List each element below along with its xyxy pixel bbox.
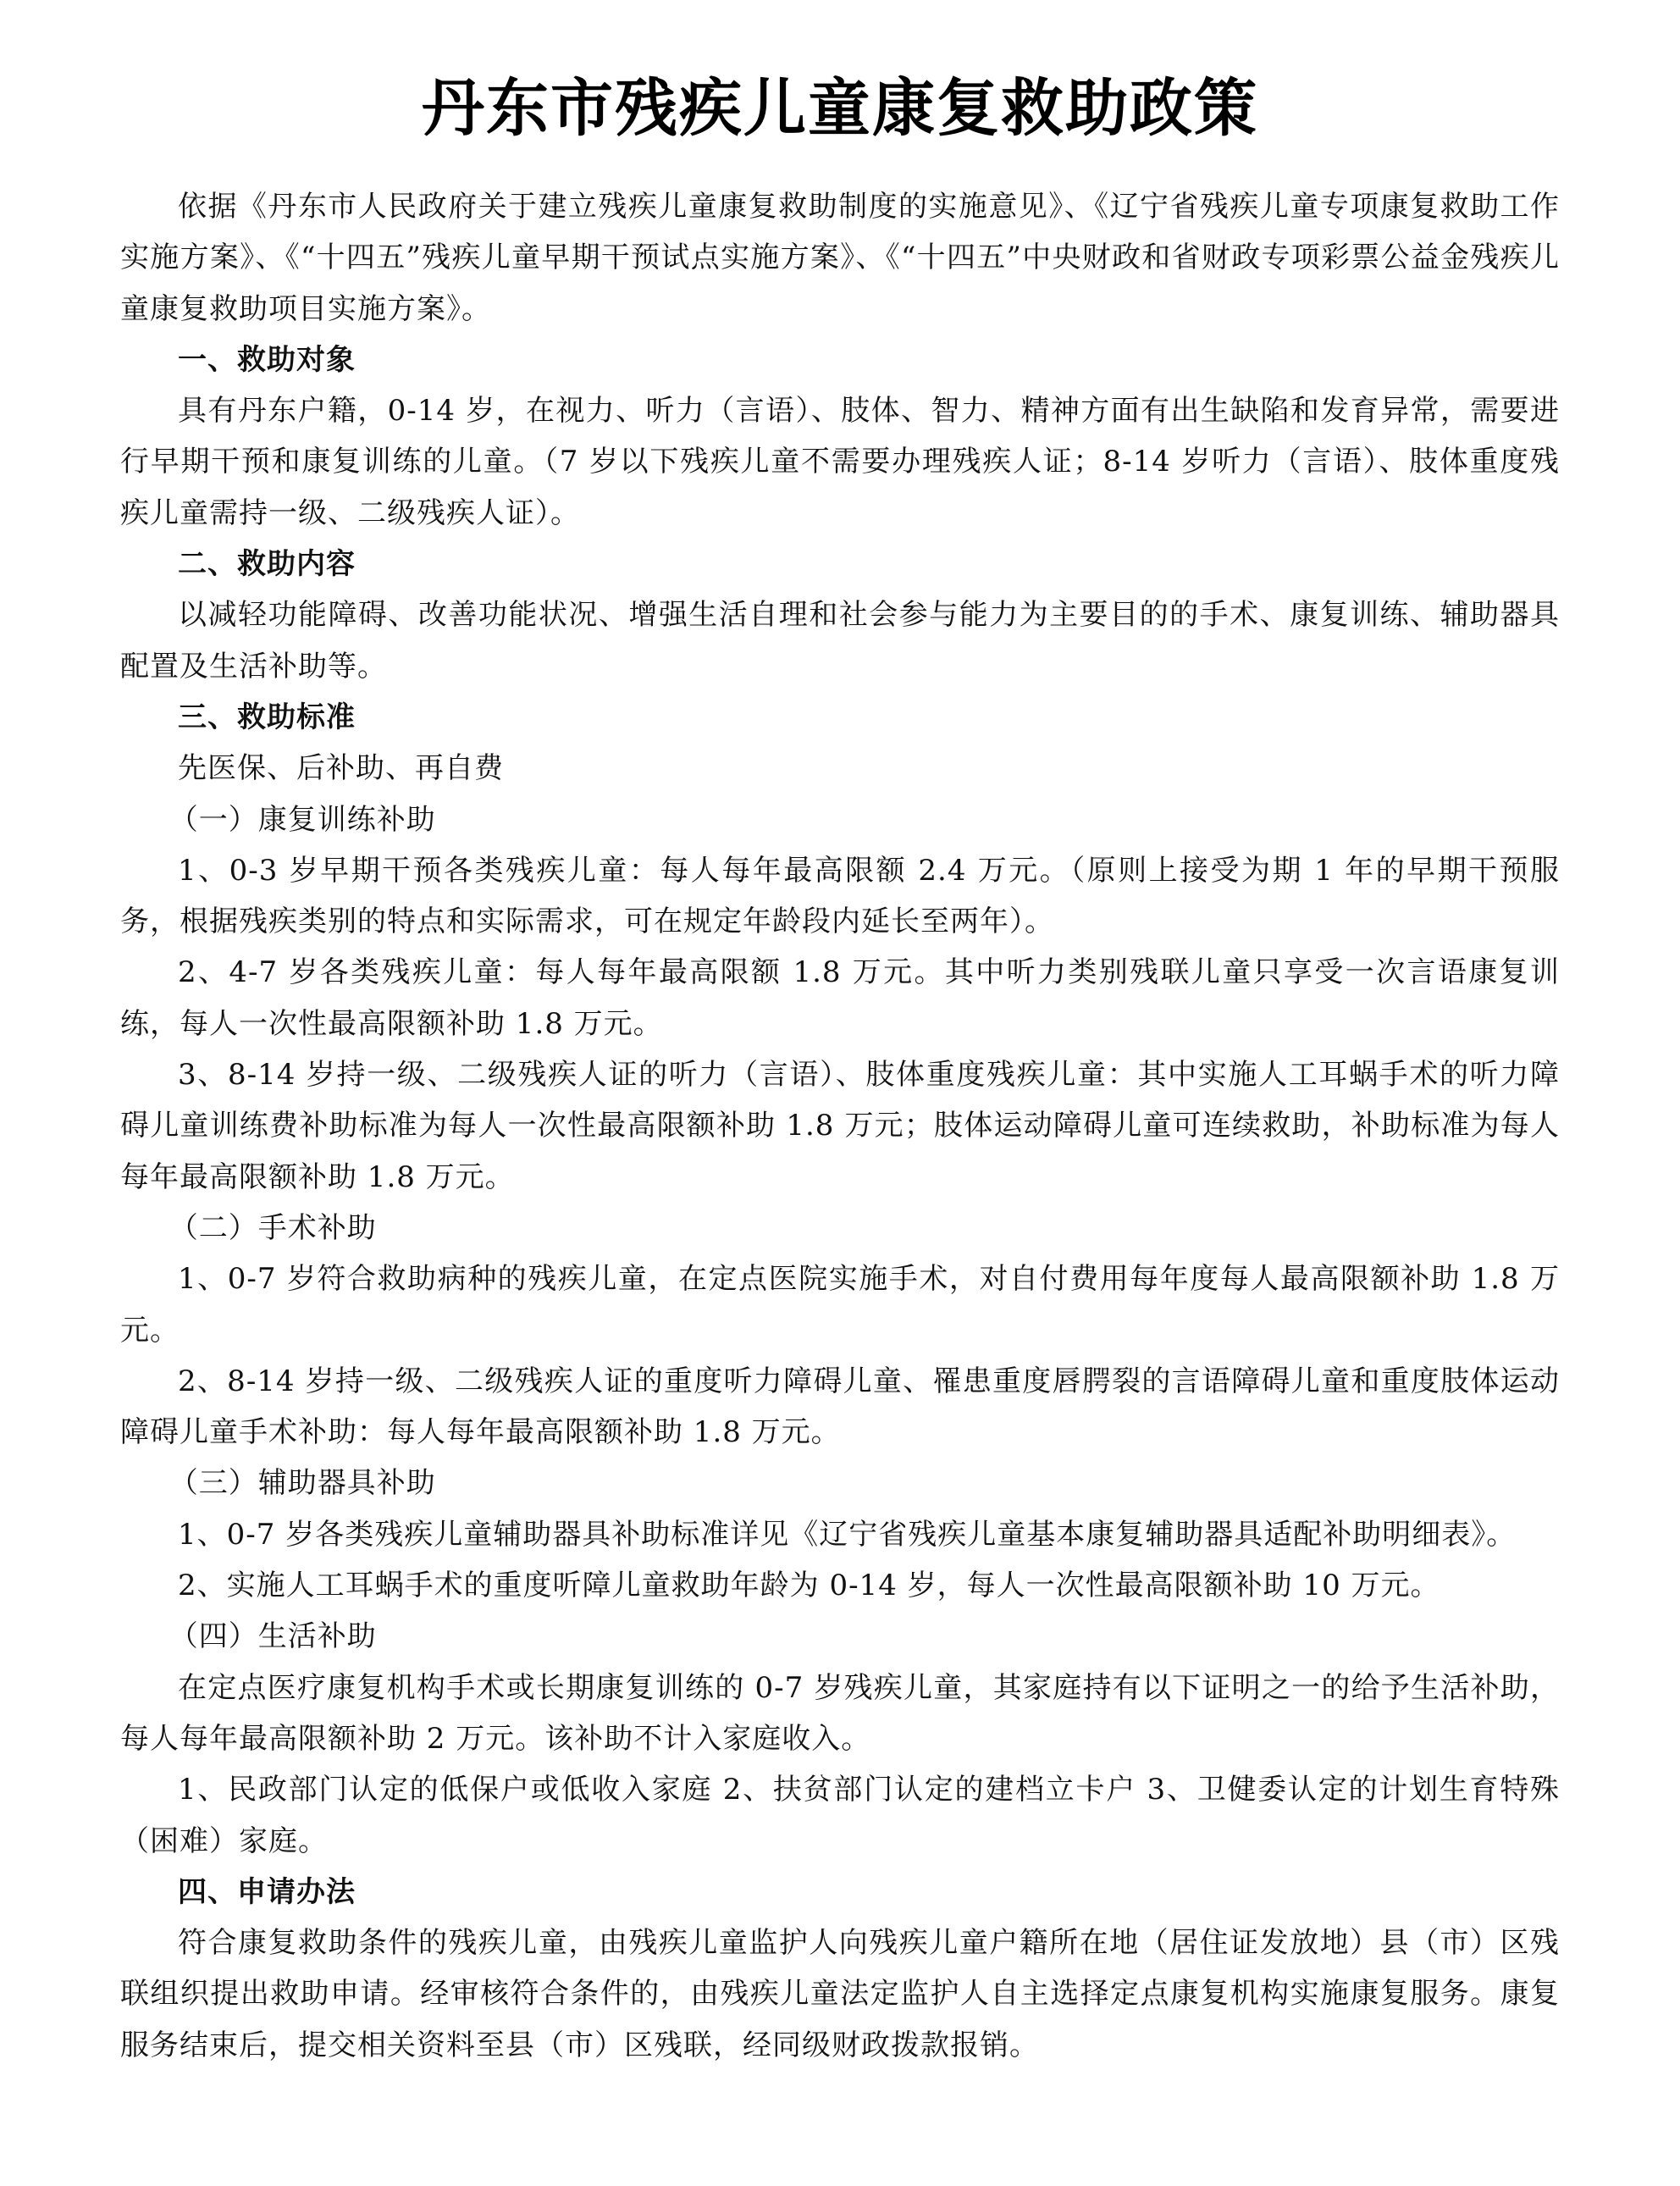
document-title: 丹东市残疾儿童康复救助政策	[120, 66, 1560, 151]
assistive-devices-item-2: 2、实施人工耳蜗手术的重度听障儿童救助年龄为 0-14 岁，每人一次性最高限额补…	[120, 1560, 1560, 1611]
content-paragraph: 以减轻功能障碍、改善功能状况、增强生活自理和社会参与能力为主要目的的手术、康复训…	[120, 589, 1560, 692]
section-heading-content: 二、救助内容	[120, 539, 1560, 589]
standards-principle: 先医保、后补助、再自费	[120, 743, 1560, 794]
subsection-heading-rehab-training: （一）康复训练补助	[120, 794, 1560, 845]
section-heading-application: 四、申请办法	[120, 1867, 1560, 1918]
intro-paragraph: 依据《丹东市人民政府关于建立残疾儿童康复救助制度的实施意见》、《辽宁省残疾儿童专…	[120, 181, 1560, 335]
surgery-item-2: 2、8-14 岁持一级、二级残疾人证的重度听力障碍儿童、罹患重度唇腭裂的言语障碍…	[120, 1356, 1560, 1458]
section-heading-standards: 三、救助标准	[120, 692, 1560, 743]
surgery-item-1: 1、0-7 岁符合救助病种的残疾儿童，在定点医院实施手术，对自付费用每年度每人最…	[120, 1253, 1560, 1356]
subsection-heading-assistive-devices: （三）辅助器具补助	[120, 1458, 1560, 1508]
living-allowance-qualifications: 1、民政部门认定的低保户或低收入家庭 2、扶贫部门认定的建档立卡户 3、卫健委认…	[120, 1764, 1560, 1867]
rehab-training-item-2: 2、4-7 岁各类残疾儿童：每人每年最高限额 1.8 万元。其中听力类别残联儿童…	[120, 947, 1560, 1049]
assistive-devices-item-1: 1、0-7 岁各类残疾儿童辅助器具补助标准详见《辽宁省残疾儿童基本康复辅助器具适…	[120, 1509, 1560, 1560]
living-allowance-paragraph: 在定点医疗康复机构手术或长期康复训练的 0-7 岁残疾儿童，其家庭持有以下证明之…	[120, 1663, 1560, 1765]
eligibility-paragraph: 具有丹东户籍，0-14 岁，在视力、听力（言语）、肢体、智力、精神方面有出生缺陷…	[120, 385, 1560, 539]
section-heading-eligibility: 一、救助对象	[120, 335, 1560, 385]
subsection-heading-surgery: （二）手术补助	[120, 1203, 1560, 1253]
document-body: 依据《丹东市人民政府关于建立残疾儿童康复救助制度的实施意见》、《辽宁省残疾儿童专…	[120, 181, 1560, 2071]
rehab-training-item-3: 3、8-14 岁持一级、二级残疾人证的听力（言语）、肢体重度残疾儿童：其中实施人…	[120, 1049, 1560, 1203]
subsection-heading-living-allowance: （四）生活补助	[120, 1611, 1560, 1662]
rehab-training-item-1: 1、0-3 岁早期干预各类残疾儿童：每人每年最高限额 2.4 万元。（原则上接受…	[120, 845, 1560, 948]
application-paragraph: 符合康复救助条件的残疾儿童，由残疾儿童监护人向残疾儿童户籍所在地（居住证发放地）…	[120, 1918, 1560, 2071]
